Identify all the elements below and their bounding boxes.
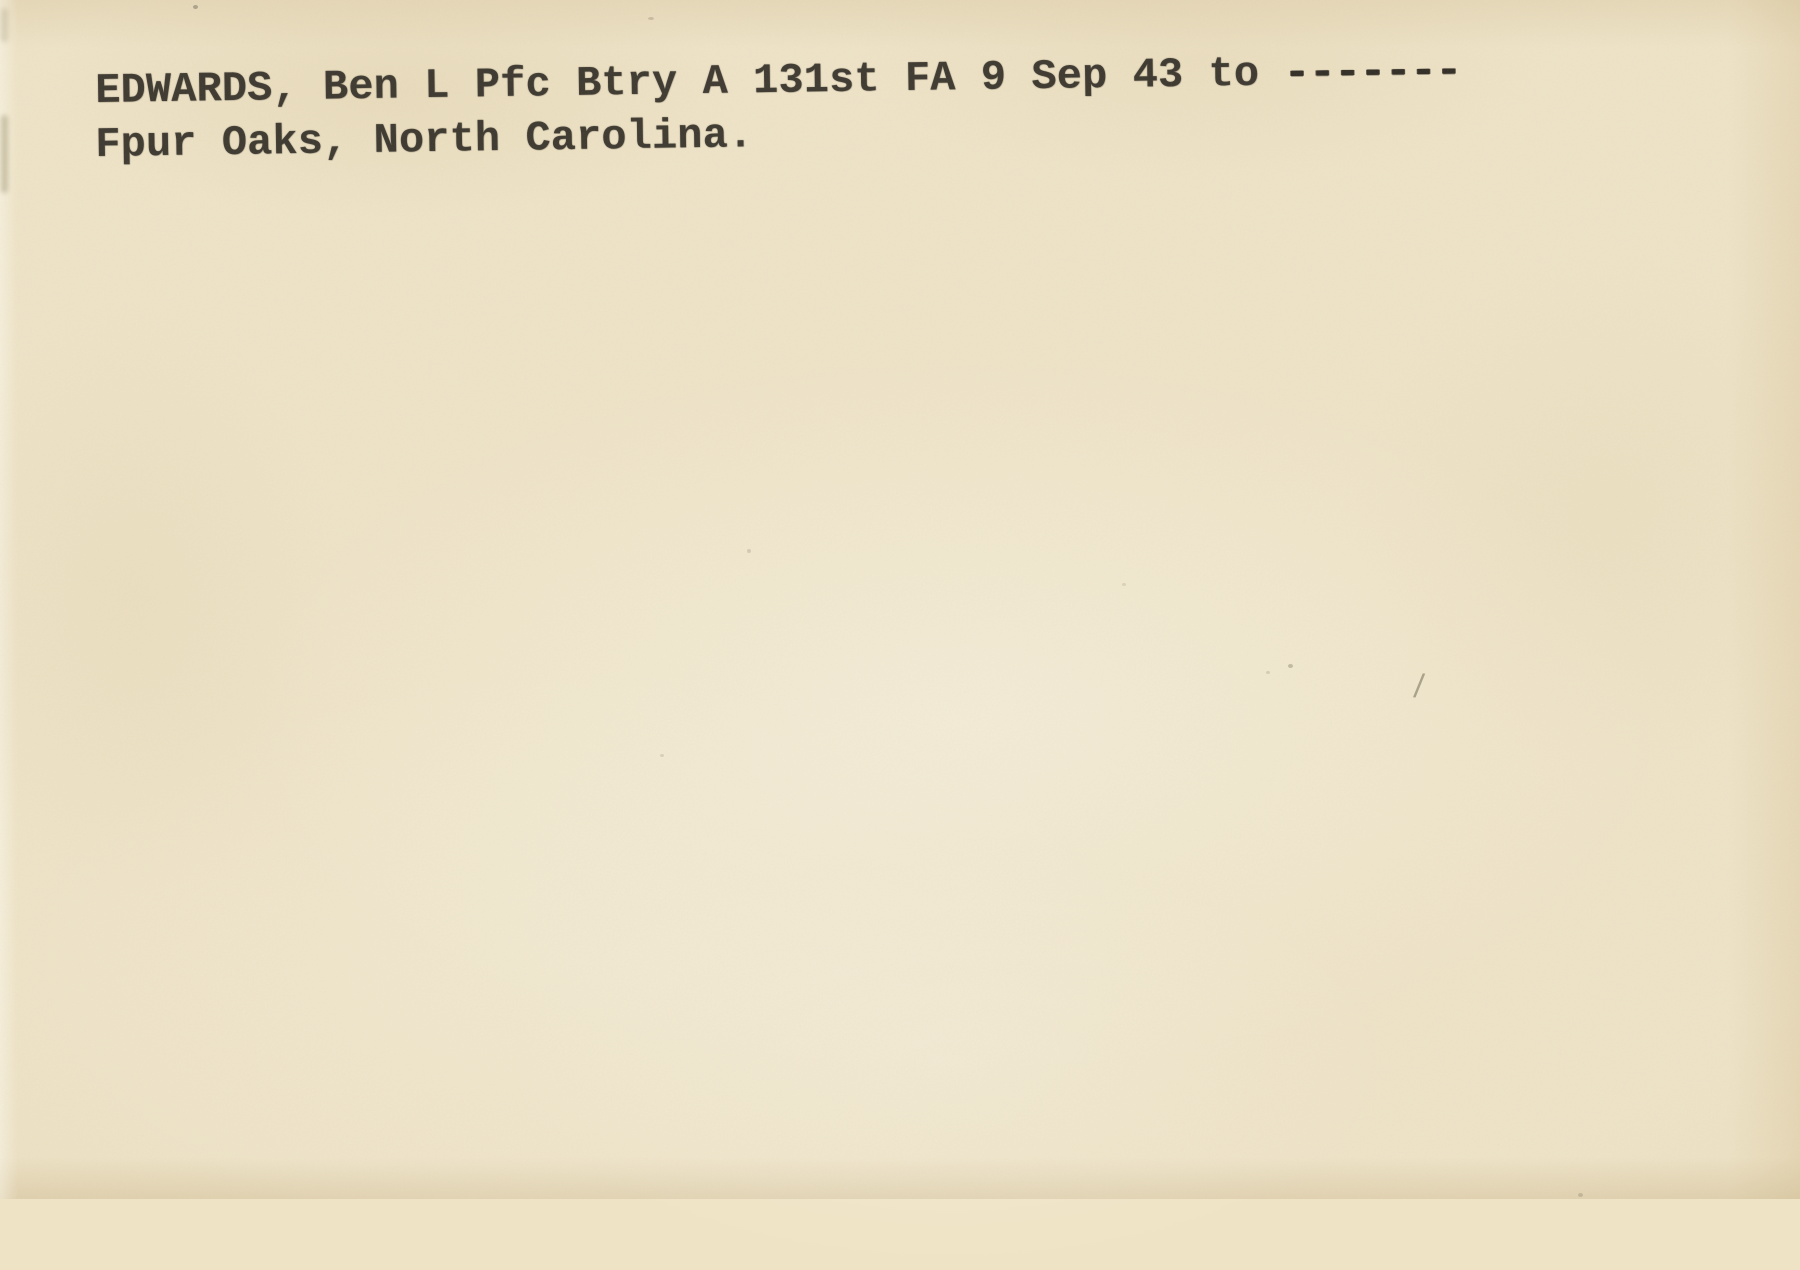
paper-speck	[660, 754, 664, 757]
paper-speck	[1266, 671, 1270, 674]
location-text: Fpur Oaks, North Carolina.	[95, 111, 754, 169]
paper-speck	[648, 17, 654, 20]
typed-line-location: Fpur Oaks, North Carolina.	[95, 114, 753, 166]
left-edge-smudge	[1, 115, 8, 193]
paper-speck	[747, 549, 751, 553]
paper-speck	[1288, 664, 1293, 668]
paper-grain-texture	[0, 0, 1800, 1199]
paper-speck	[1122, 583, 1126, 586]
typed-line-service-record: EDWARDS, Ben L Pfc Btry A 131st FA 9 Sep…	[95, 50, 1462, 112]
index-card-scan: EDWARDS, Ben L Pfc Btry A 131st FA 9 Sep…	[0, 0, 1800, 1199]
pencil-slash-mark: /	[1412, 668, 1425, 704]
paper-speck	[193, 5, 198, 9]
paper-tone-blotch	[0, 300, 340, 900]
paper-tone-blotch	[500, 850, 1400, 1199]
left-edge-smudge	[1, 8, 8, 42]
typed-dashes: -------	[1284, 47, 1462, 98]
service-record-text: EDWARDS, Ben L Pfc Btry A 131st FA 9 Sep…	[95, 49, 1285, 115]
paper-speck	[1578, 1193, 1583, 1197]
